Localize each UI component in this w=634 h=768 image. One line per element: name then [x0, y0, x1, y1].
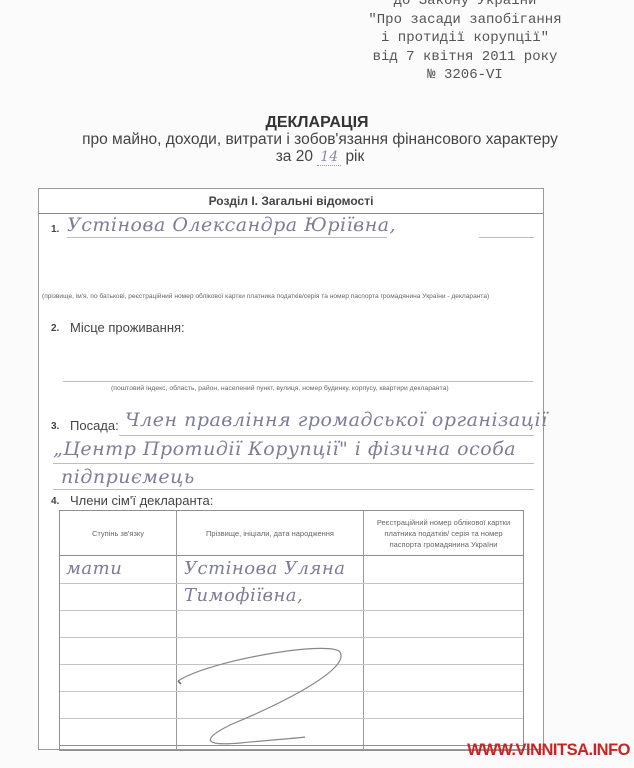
row-divider [60, 745, 523, 746]
header-divider [60, 555, 523, 556]
item2-number: 2. [51, 323, 59, 334]
declaration-subtitle: про майно, доходи, витрати і зобов'язанн… [60, 131, 580, 166]
item1-hint: (прізвище, ім'я, по батькові, реєстрацій… [42, 293, 489, 300]
row-divider [60, 583, 523, 584]
item3-handwritten-line1: Член правління громадської організації [125, 409, 548, 431]
table-cell: Устінова Уляна [184, 558, 346, 579]
item3-label: Посада: [70, 418, 119, 433]
item2-underline [63, 381, 533, 382]
item4-number: 4. [51, 496, 59, 507]
item1-underline [67, 237, 387, 238]
header-name-dob: Прізвище, ініціали, дата народження [177, 511, 363, 555]
general-info-section: Розділ І. Загальні відомості 1. Устінова… [38, 188, 544, 750]
declaration-year: за 20 14 рік [60, 148, 580, 166]
row-divider [60, 718, 523, 719]
item1-number: 1. [51, 224, 59, 235]
year-suffix: рік [345, 148, 364, 165]
item4-label: Члени сім'ї декларанта: [70, 493, 213, 508]
item3-underline-3 [53, 489, 534, 490]
law-reference-line: і протидії корупції" [300, 29, 630, 48]
table-cell: Тимофіївна, [184, 585, 303, 606]
law-reference-line: до Закону України [300, 0, 630, 11]
item3-handwritten-line2: „Центр Протидії Корупції" і фізична особ… [53, 438, 516, 460]
year-prefix: за 20 [276, 148, 313, 165]
watermark: WWW.VINNITSA.INFO [467, 741, 630, 760]
year-handwritten: 14 [317, 149, 341, 166]
table-cell: мати [66, 558, 122, 579]
item3-underline-1 [119, 435, 534, 436]
law-reference: до Закону України "Про засади запобіганн… [300, 0, 630, 85]
law-reference-line: № 3206-VI [300, 66, 630, 85]
item2-hint: (поштовий індекс, область, район, населе… [111, 385, 449, 392]
law-reference-line: "Про засади запобігання [300, 11, 630, 30]
header-relation: Ступінь зв'язку [60, 511, 176, 555]
subtitle-text: про майно, доходи, витрати і зобов'язанн… [60, 131, 580, 148]
item1-handwritten-name: Устінова Олександра Юріївна, [67, 214, 396, 236]
row-divider [60, 664, 523, 665]
family-members-table: Ступінь зв'язку Прізвище, ініціали, дата… [59, 510, 524, 751]
item3-number: 3. [51, 421, 59, 432]
row-divider [60, 691, 523, 692]
law-reference-line: від 7 квітня 2011 року [300, 48, 630, 67]
row-divider [60, 637, 523, 638]
section-heading: Розділ І. Загальні відомості [39, 189, 543, 214]
item3-underline-2 [53, 463, 534, 464]
header-tax-id: Реєстраційний номер облікової картки пла… [364, 511, 523, 555]
item2-label: Місце проживання: [70, 320, 185, 335]
item3-handwritten-line3: підприємець [61, 466, 195, 488]
declaration-title: ДЕКЛАРАЦІЯ [0, 114, 634, 132]
item1-underline-end [479, 237, 534, 238]
row-divider [60, 610, 523, 611]
